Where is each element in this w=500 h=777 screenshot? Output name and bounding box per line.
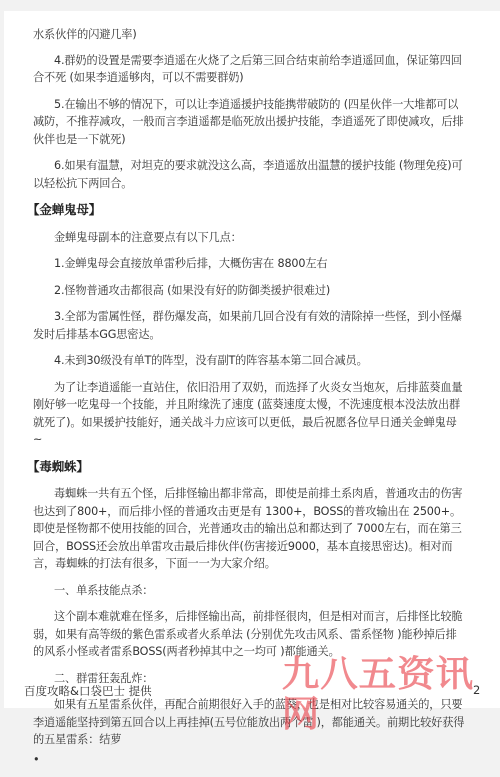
paragraph: 这个副本难就难在怪多，后排怪输出高，前排怪很肉，但是相对而言，后排怪比较脆弱，如… <box>33 608 465 661</box>
paragraph: 4.未到30级没有单T的阵型，没有副T的阵容基本第二回合减员。 <box>33 352 465 370</box>
section-heading-du-zhizhu: 【毒蜘蛛】 <box>27 458 465 476</box>
paragraph: 水系伙伴的闪避几率) <box>33 26 465 44</box>
page-number: 2 <box>473 683 480 697</box>
paragraph: 为了让李逍遥能一直站住，依旧沿用了双奶，而选择了火炎女当炮灰，后排蓝葵血量刚好够… <box>33 379 465 449</box>
subheading-single-skill: 一、单系技能点杀： <box>33 582 465 600</box>
paragraph: 毒蜘蛛一共有五个怪，后排怪输出都非常高，即使是前排土系肉盾，普通攻击的伤害也达到… <box>33 485 465 573</box>
section-heading-jinchan-guimu: 【金蝉鬼母】 <box>27 201 465 219</box>
paragraph: 3.全部为雷属性怪，群伤爆发高，如果前几回合没有有效的清除掉一些怪，到小怪爆发时… <box>33 308 465 343</box>
paragraph: 6.如果有温慧，对坦克的要求就没这么高，李逍遥放出温慧的援护技能 (物理免疫)可… <box>33 157 465 192</box>
document-body: 水系伙伴的闪避几率) 4.群奶的设置是需要李逍遥在火烧了之后第三回合结束前给李逍… <box>33 26 465 708</box>
paragraph: 4.群奶的设置是需要李逍遥在火烧了之后第三回合结束前给李逍遥回血，保证第四回合不… <box>33 52 465 87</box>
paragraph: 2.怪物普通攻击都很高 (如果没有好的防御类援护很难过) <box>33 282 465 300</box>
paragraph: 1.金蝉鬼母会直接放单雷秒后排，大概伤害在 8800左右 <box>33 255 465 273</box>
paragraph: 5.在输出不够的情况下，可以让李逍遥援护技能携带破防的 (四星伙伴一大堆都可以减… <box>33 96 465 149</box>
watermark-text: 九八五资讯网 <box>282 655 500 708</box>
footer-credit: 百度攻略&口袋巴士 提供 <box>24 683 152 699</box>
paragraph: 金蝉鬼母副本的注意要点有以下几点： <box>33 229 465 247</box>
